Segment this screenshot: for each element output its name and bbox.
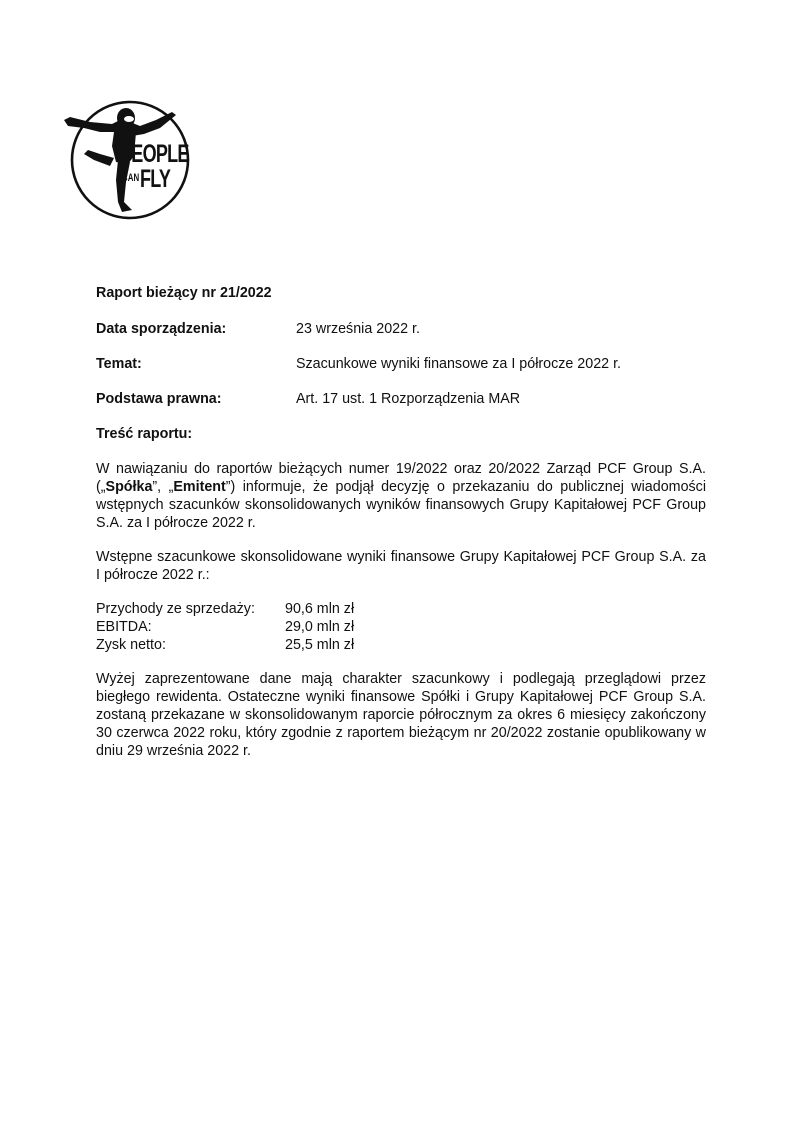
- meta-label: Data sporządzenia:: [96, 320, 296, 338]
- report-body: Raport bieżący nr 21/2022 Data sporządze…: [96, 284, 706, 776]
- report-title: Raport bieżący nr 21/2022: [96, 284, 706, 302]
- meta-label: Temat:: [96, 355, 296, 373]
- financial-value: 29,0 mln zł: [285, 618, 354, 636]
- financial-results-list: Przychody ze sprzedaży: 90,6 mln zł EBIT…: [96, 600, 706, 654]
- bold-term-company: Spółka: [106, 479, 153, 495]
- meta-value: Art. 17 ust. 1 Rozporządzenia MAR: [296, 390, 706, 408]
- financial-label: Przychody ze sprzedaży:: [96, 600, 285, 618]
- meta-value: 23 września 2022 r.: [296, 320, 706, 338]
- financial-row: Przychody ze sprzedaży: 90,6 mln zł: [96, 600, 706, 618]
- brand-line2-large: FLY: [140, 167, 170, 192]
- brand-line2-small: CAN: [122, 172, 139, 184]
- paragraph-estimates-intro: Wstępne szacunkowe skonsolidowane wyniki…: [96, 548, 706, 584]
- text: ”, „: [152, 479, 173, 495]
- meta-row-legal-basis: Podstawa prawna: Art. 17 ust. 1 Rozporzą…: [96, 390, 706, 408]
- financial-row: Zysk netto: 25,5 mln zł: [96, 636, 706, 654]
- financial-label: Zysk netto:: [96, 636, 285, 654]
- financial-value: 25,5 mln zł: [285, 636, 354, 654]
- paragraph-intro: W nawiązaniu do raportów bieżących numer…: [96, 460, 706, 532]
- meta-row-date: Data sporządzenia: 23 września 2022 r.: [96, 320, 706, 338]
- paragraph-disclaimer: Wyżej zaprezentowane dane mają charakter…: [96, 670, 706, 760]
- content-heading: Treść raportu:: [96, 425, 706, 443]
- meta-label: Podstawa prawna:: [96, 390, 296, 408]
- brand-line1: PEOPLE: [120, 142, 189, 167]
- financial-label: EBITDA:: [96, 618, 285, 636]
- meta-value: Szacunkowe wyniki finansowe za I półrocz…: [296, 355, 706, 373]
- meta-row-subject: Temat: Szacunkowe wyniki finansowe za I …: [96, 355, 706, 373]
- people-can-fly-logo: PEOPLE CAN FLY: [60, 98, 195, 220]
- financial-value: 90,6 mln zł: [285, 600, 354, 618]
- bold-term-issuer: Emitent: [173, 479, 225, 495]
- financial-row: EBITDA: 29,0 mln zł: [96, 618, 706, 636]
